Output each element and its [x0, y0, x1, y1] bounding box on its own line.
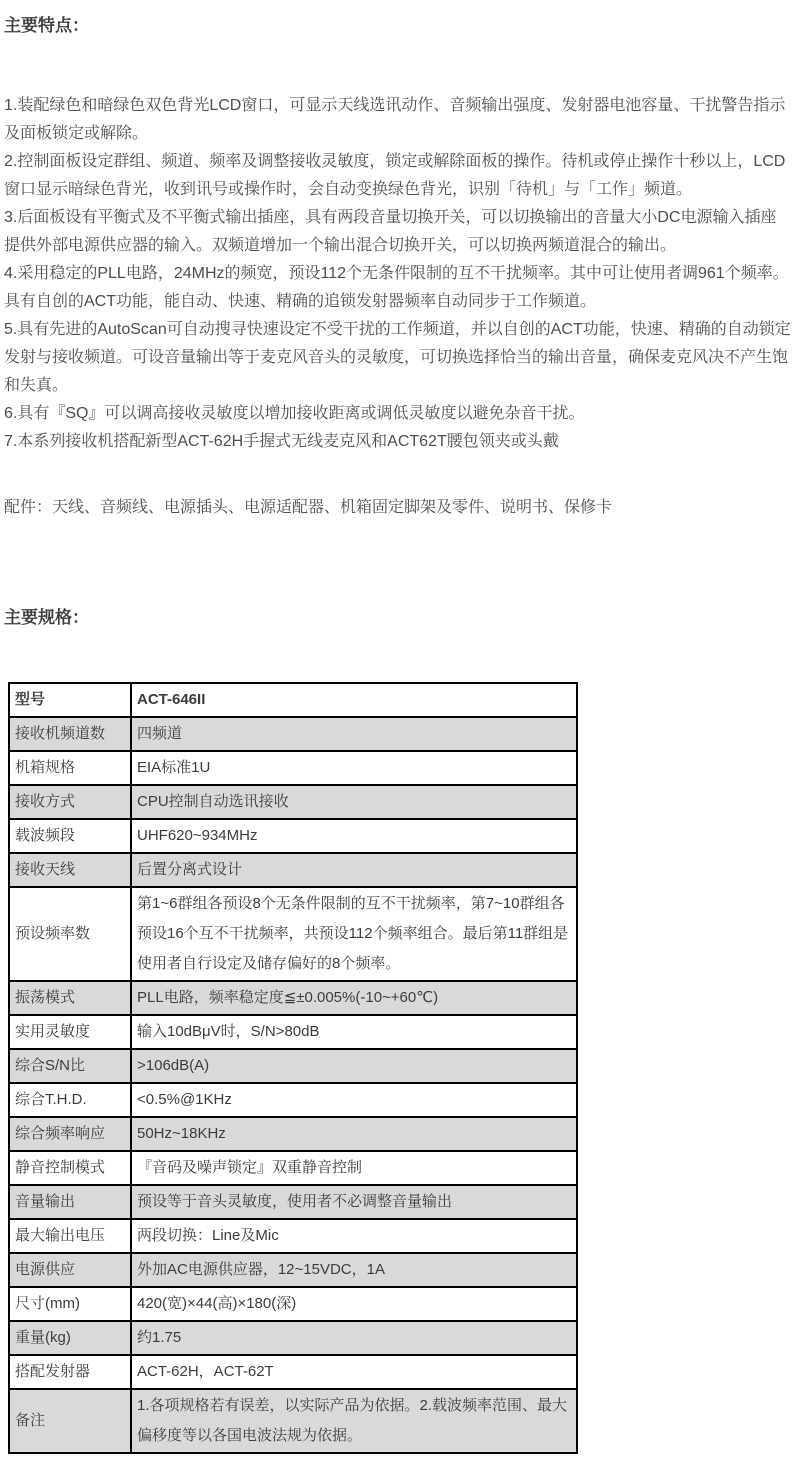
table-row: 静音控制模式『音码及噪声锁定』双重静音控制	[9, 1151, 577, 1185]
spec-label: 接收天线	[9, 853, 131, 887]
spec-value: PLL电路，频率稳定度≦±0.005%(-10~+60℃)	[131, 981, 577, 1015]
table-row: 综合频率响应50Hz~18KHz	[9, 1117, 577, 1151]
spec-value: 第1~6群组各预设8个无条件限制的互不干扰频率，第7~10群组各预设16个互不干…	[131, 887, 577, 981]
spec-value: 420(宽)×44(高)×180(深)	[131, 1287, 577, 1321]
table-row: 接收天线后置分离式设计	[9, 853, 577, 887]
table-row: 实用灵敏度输入10dBμV时，S/N>80dB	[9, 1015, 577, 1049]
spec-label: 振荡模式	[9, 981, 131, 1015]
table-row: 接收方式CPU控制自动选讯接收	[9, 785, 577, 819]
table-row: 电源供应外加AC电源供应器，12~15VDC，1A	[9, 1253, 577, 1287]
table-row: 音量输出预设等于音头灵敏度，使用者不必调整音量输出	[9, 1185, 577, 1219]
spec-table: 型号ACT-646II接收机频道数四频道机箱规格EIA标准1U接收方式CPU控制…	[8, 682, 578, 1454]
spec-value: >106dB(A)	[131, 1049, 577, 1083]
spec-label: 接收方式	[9, 785, 131, 819]
feature-item: 3.后面板设有平衡式及不平衡式输出插座，具有两段音量切换开关，可以切换输出的音量…	[4, 204, 792, 260]
spec-label: 实用灵敏度	[9, 1015, 131, 1049]
table-row: 振荡模式PLL电路，频率稳定度≦±0.005%(-10~+60℃)	[9, 981, 577, 1015]
specs-heading: 主要规格：	[4, 608, 792, 628]
spec-label: 载波频段	[9, 819, 131, 853]
page-content: 主要特点： 1.装配绿色和暗绿色双色背光LCD窗口，可显示天线选讯动作、音频输出…	[0, 0, 796, 1474]
table-row: 搭配发射器ACT-62H，ACT-62T	[9, 1355, 577, 1389]
table-row: 最大输出电压两段切换：Line及Mic	[9, 1219, 577, 1253]
spec-value: 输入10dBμV时，S/N>80dB	[131, 1015, 577, 1049]
spec-label: 接收机频道数	[9, 717, 131, 751]
spec-label: 综合S/N比	[9, 1049, 131, 1083]
spec-value: ACT-62H，ACT-62T	[131, 1355, 577, 1389]
spec-value: 50Hz~18KHz	[131, 1117, 577, 1151]
table-row: 预设频率数第1~6群组各预设8个无条件限制的互不干扰频率，第7~10群组各预设1…	[9, 887, 577, 981]
spec-value: 预设等于音头灵敏度，使用者不必调整音量输出	[131, 1185, 577, 1219]
spec-label: 电源供应	[9, 1253, 131, 1287]
table-row: 重量(kg)约1.75	[9, 1321, 577, 1355]
spec-value: 两段切换：Line及Mic	[131, 1219, 577, 1253]
table-row: 尺寸(mm)420(宽)×44(高)×180(深)	[9, 1287, 577, 1321]
table-row: 综合T.H.D.<0.5%@1KHz	[9, 1083, 577, 1117]
spec-label: 综合频率响应	[9, 1117, 131, 1151]
feature-item: 6.具有『SQ』可以调高接收灵敏度以增加接收距离或调低灵敏度以避免杂音干扰。	[4, 400, 792, 428]
table-row: 接收机频道数四频道	[9, 717, 577, 751]
feature-item: 2.控制面板设定群组、频道、频率及调整接收灵敏度，锁定或解除面板的操作。待机或停…	[4, 148, 792, 204]
spec-label: 型号	[9, 683, 131, 717]
spec-label: 机箱规格	[9, 751, 131, 785]
spec-value: UHF620~934MHz	[131, 819, 577, 853]
spec-value: 『音码及噪声锁定』双重静音控制	[131, 1151, 577, 1185]
spec-label: 预设频率数	[9, 887, 131, 981]
feature-item: 1.装配绿色和暗绿色双色背光LCD窗口，可显示天线选讯动作、音频输出强度、发射器…	[4, 92, 792, 148]
spec-label: 重量(kg)	[9, 1321, 131, 1355]
feature-item: 4.采用稳定的PLL电路，24MHz的频宽，预设112个无条件限制的互不干扰频率…	[4, 260, 792, 316]
spec-value: ACT-646II	[131, 683, 577, 717]
spec-value: EIA标准1U	[131, 751, 577, 785]
table-row: 备注1.各项规格若有误差，以实际产品为依据。2.载波频率范围、最大偏移度等以各国…	[9, 1389, 577, 1453]
spec-label: 备注	[9, 1389, 131, 1453]
spec-label: 音量输出	[9, 1185, 131, 1219]
spec-value: 外加AC电源供应器，12~15VDC，1A	[131, 1253, 577, 1287]
table-row: 综合S/N比>106dB(A)	[9, 1049, 577, 1083]
spec-value: 后置分离式设计	[131, 853, 577, 887]
spec-label: 静音控制模式	[9, 1151, 131, 1185]
accessories-line: 配件：天线、音频线、电源插头、电源适配器、机箱固定脚架及零件、说明书、保修卡	[4, 494, 792, 522]
spec-value: 1.各项规格若有误差，以实际产品为依据。2.载波频率范围、最大偏移度等以各国电波…	[131, 1389, 577, 1453]
features-heading: 主要特点：	[4, 16, 792, 36]
features-list: 1.装配绿色和暗绿色双色背光LCD窗口，可显示天线选讯动作、音频输出强度、发射器…	[4, 92, 792, 456]
spec-label: 综合T.H.D.	[9, 1083, 131, 1117]
spec-value: <0.5%@1KHz	[131, 1083, 577, 1117]
table-row: 载波频段UHF620~934MHz	[9, 819, 577, 853]
spec-label: 搭配发射器	[9, 1355, 131, 1389]
spec-table-body: 型号ACT-646II接收机频道数四频道机箱规格EIA标准1U接收方式CPU控制…	[9, 683, 577, 1453]
spec-label: 尺寸(mm)	[9, 1287, 131, 1321]
spec-value: 约1.75	[131, 1321, 577, 1355]
spec-value: 四频道	[131, 717, 577, 751]
table-row: 机箱规格EIA标准1U	[9, 751, 577, 785]
feature-item: 7.本系列接收机搭配新型ACT-62H手握式无线麦克风和ACT62T腰包领夹或头…	[4, 428, 792, 456]
spec-label: 最大输出电压	[9, 1219, 131, 1253]
feature-item: 5.具有先进的AutoScan可自动搜寻快速设定不受干扰的工作频道，并以自创的A…	[4, 316, 792, 400]
table-row: 型号ACT-646II	[9, 683, 577, 717]
spec-value: CPU控制自动选讯接收	[131, 785, 577, 819]
